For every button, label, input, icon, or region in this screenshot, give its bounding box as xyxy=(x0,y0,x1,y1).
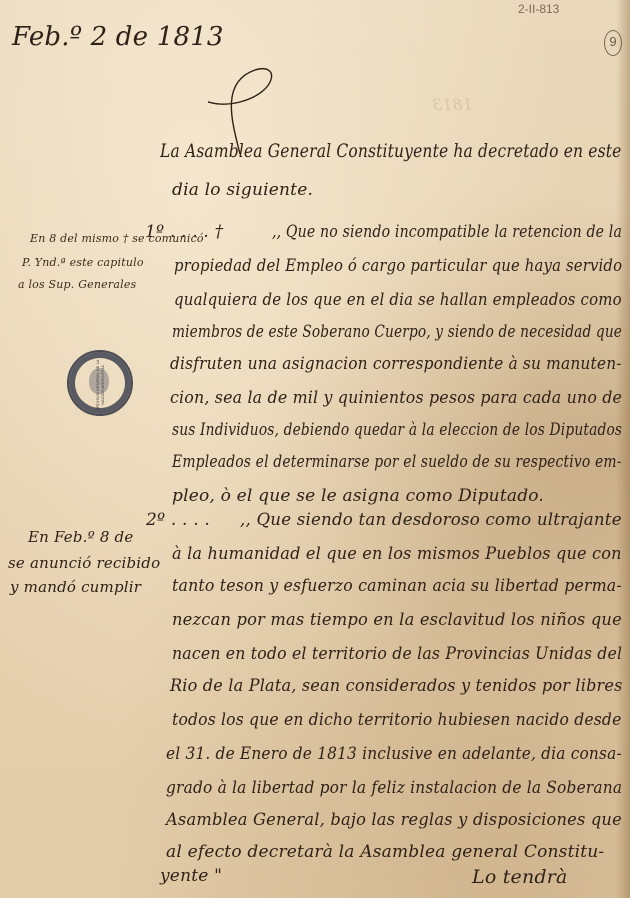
article-2-line-4: nezcan por mas tiempo en la esclavitud l… xyxy=(172,610,622,630)
article-2-line-9: grado à la libertad por la feliz instala… xyxy=(166,778,622,798)
margin-note-2-line-2: se anunció recibido xyxy=(8,554,160,572)
article-2-line-3: tanto teson y esfuerzo caminan acia su l… xyxy=(172,576,622,596)
opening-line-1: La Asamblea General Constituyente ha dec… xyxy=(160,140,621,162)
margin-note-2-line-3: y mandó cumplir xyxy=(10,578,141,596)
article-2-line-12: yente " xyxy=(160,866,222,886)
closing-catchword: Lo tendrà xyxy=(472,866,568,888)
article-1-line-2: propiedad del Empleo ó cargo particular … xyxy=(174,256,622,276)
article-2-line-5: nacen en todo el territorio de las Provi… xyxy=(172,644,622,664)
article-1-line-5: disfruten una asignacion correspondiente… xyxy=(170,354,622,374)
article-1-line-1: ,, Que no siendo incompatible la retenci… xyxy=(272,222,622,242)
article-1-line-4: miembros de este Soberano Cuerpo, y sien… xyxy=(172,322,622,342)
opening-line-2: dia lo siguiente. xyxy=(172,180,313,200)
article-2-line-6: Rio de la Plata, sean considerados y ten… xyxy=(170,676,623,696)
article-1-line-7: sus Individuos, debiendo quedar à la ele… xyxy=(172,420,622,440)
archive-reference: 2-II-813 xyxy=(518,2,559,16)
margin-note-1-line-2: P. Ynd.ª este capitulo xyxy=(22,256,144,269)
article-1-line-8: Empleados el determinarse por el sueldo … xyxy=(172,452,622,472)
article-1-line-9: pleo, ò el que se le asigna como Diputad… xyxy=(172,486,544,506)
stamp-text: ARCHIVO GENERAL DE LA NACION ARGENTINA xyxy=(95,354,105,416)
article-1-line-6: cion, sea la de mil y quinientos pesos p… xyxy=(170,388,622,408)
archive-stamp: ARCHIVO GENERAL DE LA NACION ARGENTINA xyxy=(67,350,133,416)
article-1-line-3: qualquiera de los que en el dia se halla… xyxy=(174,290,622,310)
folio-number: 9 xyxy=(604,30,622,56)
article-1-label: 1º . . . . † xyxy=(145,222,223,242)
article-2-line-2: à la humanidad el que en los mismos Pueb… xyxy=(172,544,622,564)
article-2-line-10: Asamblea General, bajo las reglas y disp… xyxy=(166,810,622,830)
manuscript-page: 1813 2-II-813 9 Feb.º 2 de 1813 La Asamb… xyxy=(0,0,630,898)
article-2-line-1: ,, Que siendo tan desdoroso como ultraja… xyxy=(240,510,622,530)
header-date: Feb.º 2 de 1813 xyxy=(12,22,224,52)
article-2-label: 2º . . . . xyxy=(146,510,210,530)
margin-note-1-line-3: a los Sup. Generales xyxy=(18,278,136,291)
article-2-line-7: todos los que en dicho territorio hubies… xyxy=(172,710,621,730)
article-2-line-11: al efecto decretarà la Asamblea general … xyxy=(166,842,604,862)
bleed-through-text: 1813 xyxy=(432,95,473,114)
article-2-line-8: el 31. de Enero de 1813 inclusive en ade… xyxy=(166,744,622,764)
margin-note-2-line-1: En Feb.º 8 de xyxy=(28,528,133,546)
